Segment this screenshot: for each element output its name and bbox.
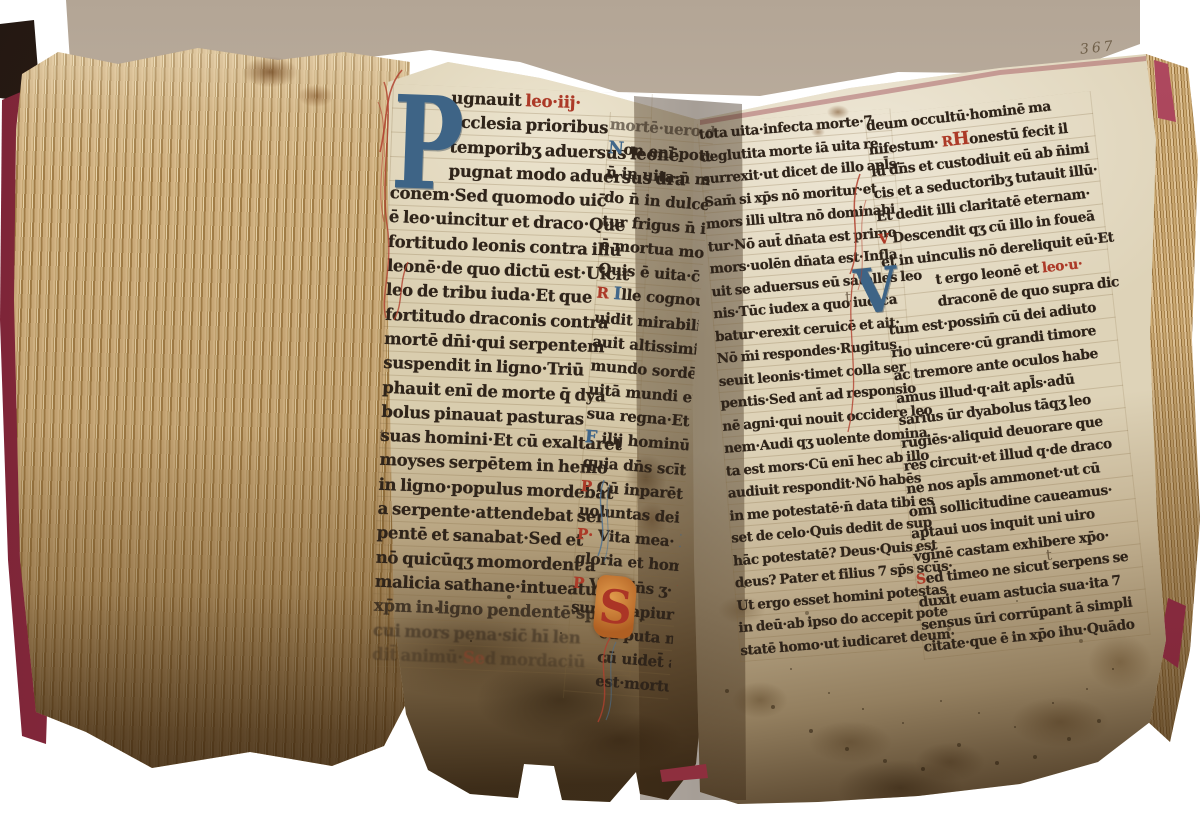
text-segment-ink: sic [712, 366, 714, 386]
illuminated-initial-p: P [390, 86, 465, 204]
text-segment-ink: suspendit in ligno·Triū [383, 353, 584, 380]
illuminated-initial-s: S [592, 574, 637, 639]
text-segment-red: leo·iij· [525, 91, 581, 112]
text-segment-ink: est·mortuus ē red̄ [595, 672, 715, 701]
text-segment-bluecap: I [678, 532, 687, 553]
text-segment-red: V [676, 581, 689, 600]
folio-number: 367 [1079, 38, 1116, 58]
text-segment-red: leo·u· [1041, 256, 1083, 276]
text-segment-ink: n̄ [687, 582, 699, 601]
mold-speckles [0, 0, 2, 2]
text-segment-red: P· [576, 525, 598, 545]
text-segment-ink: ecclesia prioribus [450, 113, 608, 138]
text-segment-red: P [572, 573, 589, 592]
manuscript-photo-page: { "page_number": "367", "colors": { "ink… [0, 0, 1200, 814]
text-segment-red: R [596, 284, 614, 303]
text-segment-red: Se [463, 648, 486, 668]
text-segment-ink: dit̄ animū· [372, 644, 463, 666]
text-segment-red: P [580, 477, 597, 496]
margin-correction-mark: t [844, 288, 851, 306]
text-segment-ink: n̄ ui [686, 534, 715, 554]
initial-s-letter: S [597, 577, 635, 638]
illuminated-initial-v: V [852, 261, 901, 321]
text-segment-ink: Vita mea· [597, 527, 680, 551]
text-segment-red: V [701, 365, 714, 384]
